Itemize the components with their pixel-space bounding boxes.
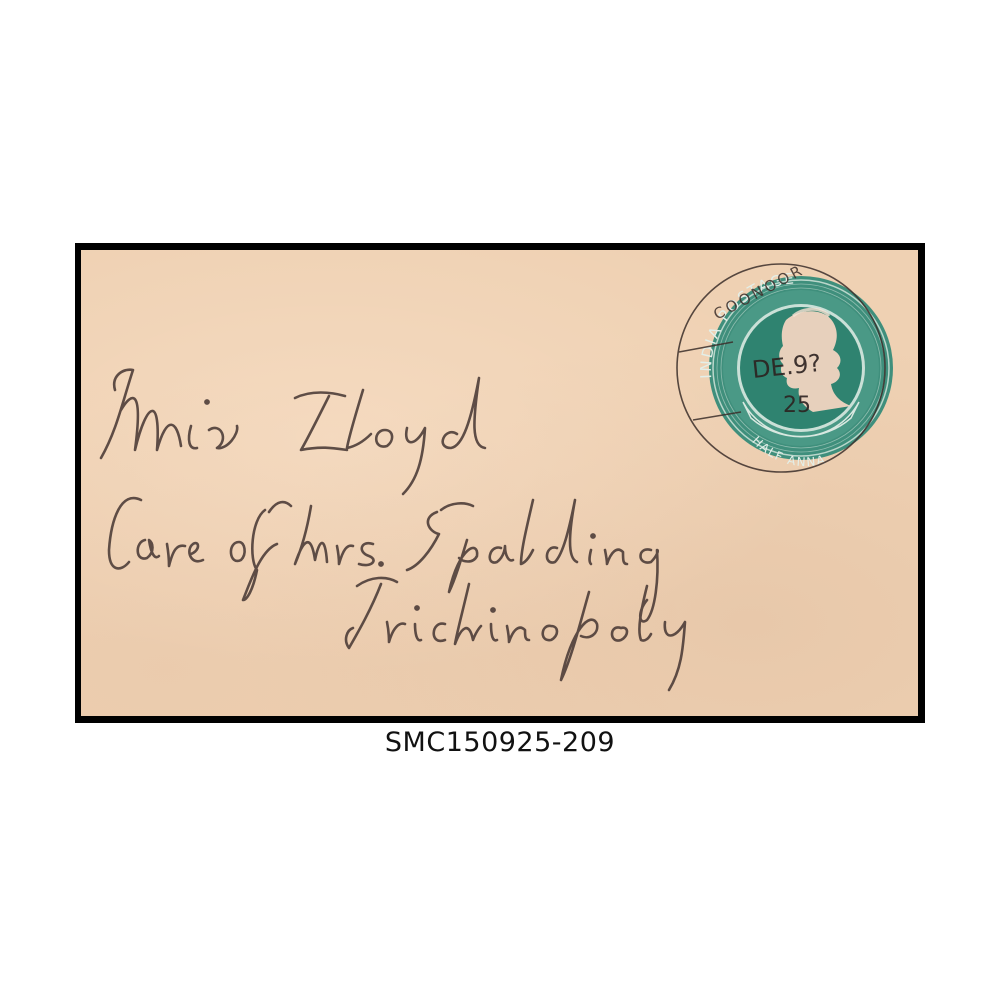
address-line-2-strokes <box>109 498 658 621</box>
envelope: INDIA POSTAGE HALF ANNA COONOOR DE.9? 25 <box>81 250 918 716</box>
address-line-1-strokes <box>101 370 485 494</box>
item-caption: SMC150925-209 <box>0 727 1000 758</box>
product-image-page: INDIA POSTAGE HALF ANNA COONOOR DE.9? 25 <box>0 0 1000 1000</box>
handwritten-address <box>81 250 918 716</box>
address-line-3-strokes <box>346 578 685 690</box>
